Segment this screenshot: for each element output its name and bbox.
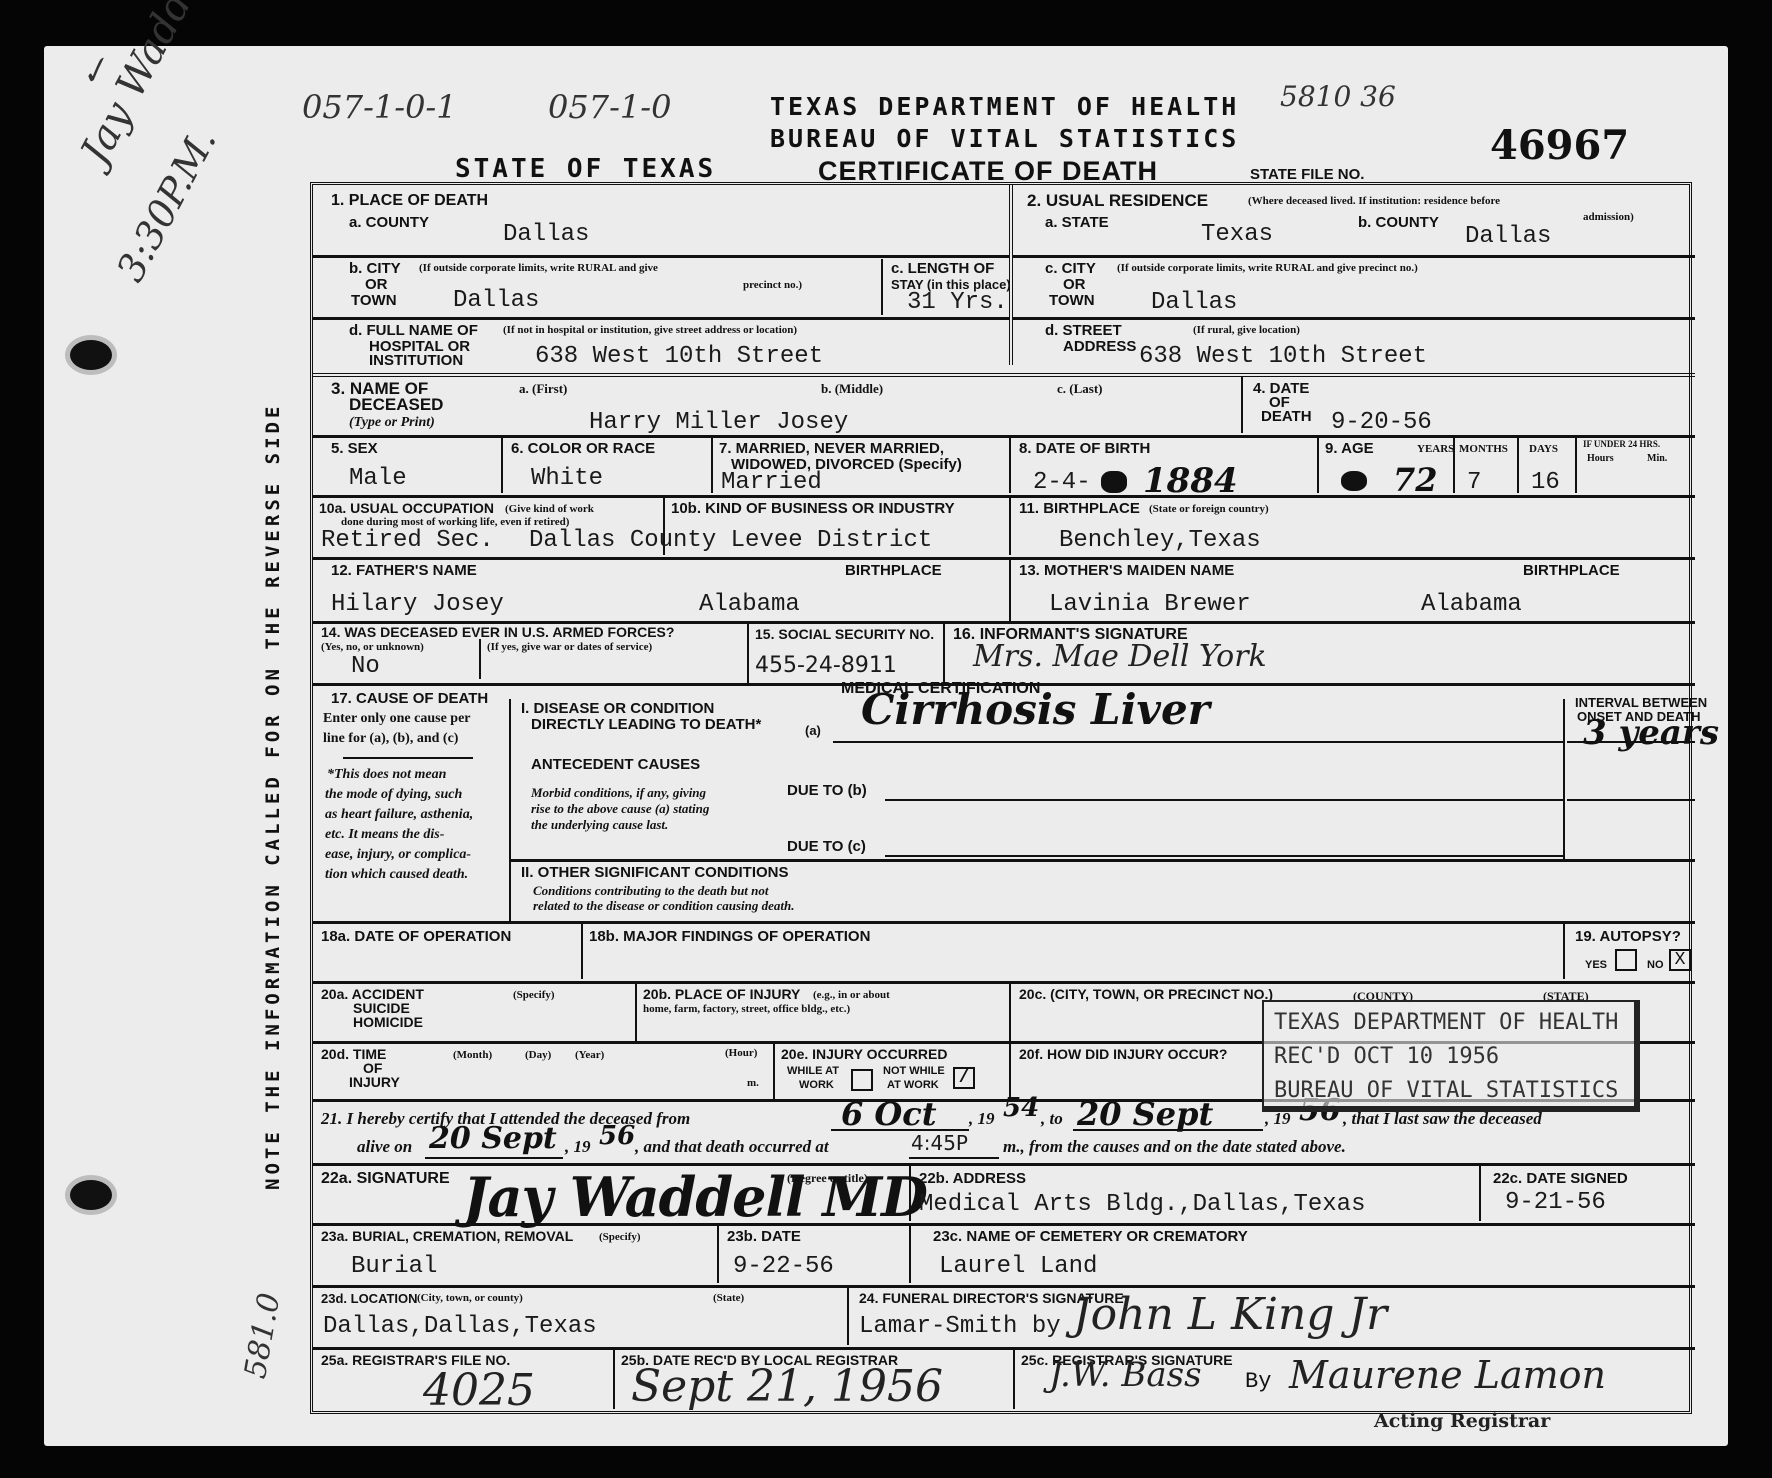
- divider: [501, 437, 503, 493]
- death-city-note: (If outside corporate limits, write RURA…: [419, 262, 658, 274]
- business-value: Dallas County Levee District: [529, 527, 932, 554]
- cause-of-death-label: 17. CAUSE OF DEATH: [331, 691, 488, 706]
- stamp-line-3: BUREAU OF VITAL STATISTICS: [1274, 1074, 1624, 1108]
- injury-occurred-label: 20e. INJURY OCCURRED: [781, 1047, 948, 1062]
- residence-county-label: b. COUNTY: [1358, 215, 1439, 230]
- alive-on-text: alive on: [357, 1137, 412, 1156]
- autopsy-no-label: NO: [1647, 959, 1664, 971]
- birth-date-value: 2-4-: [1033, 469, 1091, 496]
- divider: [313, 1347, 1695, 1350]
- street-value: 638 West 10th Street: [1139, 343, 1427, 370]
- divider: [1009, 1043, 1011, 1099]
- age-days-label: DAYS: [1529, 443, 1558, 455]
- hospital-note: (If not in hospital or institution, give…: [503, 324, 797, 336]
- last-name-label: c. (Last): [1057, 381, 1103, 397]
- divider: [1453, 437, 1455, 493]
- usual-residence-label: 2. USUAL RESIDENCE: [1027, 193, 1208, 208]
- department-name: TEXAS DEPARTMENT OF HEALTH: [770, 92, 1239, 121]
- while-work-label: WORK: [799, 1079, 834, 1091]
- cause-explain-4: etc. It means the dis-: [325, 825, 444, 844]
- divider: [313, 981, 1695, 984]
- divider: [1009, 983, 1011, 1041]
- divider: [717, 1225, 719, 1283]
- attended-from-year: 54: [1003, 1093, 1039, 1123]
- not-while-at-work-checkbox[interactable]: /: [953, 1067, 975, 1089]
- cemetery-value: Laurel Land: [939, 1253, 1097, 1280]
- cause-b-line: [885, 799, 1563, 801]
- antecedent-label: ANTECEDENT CAUSES: [531, 757, 700, 772]
- mother-birthplace-label: BIRTHPLACE: [1523, 563, 1620, 578]
- state-file-label: STATE FILE NO.: [1250, 166, 1364, 183]
- autopsy-label: 19. AUTOPSY?: [1575, 929, 1681, 944]
- divider: [313, 255, 1009, 258]
- divider: [711, 437, 713, 493]
- residence-state-value: Texas: [1201, 221, 1273, 248]
- death-city-value: Dallas: [453, 287, 539, 314]
- registrar-signature: J.W. Bass: [1049, 1355, 1202, 1395]
- divider: [909, 1165, 911, 1221]
- certify-text-4: m., from the causes and on the date stat…: [1003, 1137, 1346, 1156]
- divider: [613, 1349, 615, 1409]
- date-of-death-value: 9-20-56: [1331, 409, 1432, 436]
- punch-hole: [70, 1180, 112, 1210]
- cause-a-line: [833, 741, 1563, 743]
- interval-value: 3 years: [1583, 713, 1719, 753]
- birth-date-label: 8. DATE OF BIRTH: [1019, 441, 1150, 456]
- operation-findings-label: 18b. MAJOR FINDINGS OF OPERATION: [589, 929, 870, 944]
- interval-b-line: [1567, 799, 1695, 801]
- cause-note-2: line for (a), (b), and (c): [323, 731, 458, 746]
- birthplace-note: (State or foreign country): [1149, 503, 1269, 515]
- residence-city-note: (If outside corporate limits, write RURA…: [1117, 262, 1418, 274]
- due-to-c-label: DUE TO (c): [787, 839, 866, 854]
- age-days-value: 16: [1531, 469, 1560, 496]
- deceased-name-label: 3. NAME OF: [331, 381, 428, 396]
- ssn-value: 455-24-8911: [755, 653, 897, 678]
- address-label: 22b. ADDRESS: [919, 1171, 1026, 1186]
- race-value: White: [531, 465, 603, 492]
- divider: [909, 1225, 911, 1283]
- age-months-label: MONTHS: [1459, 443, 1508, 455]
- received-stamp: TEXAS DEPARTMENT OF HEALTH REC'D OCT 10 …: [1262, 1000, 1640, 1112]
- death-city-note2: precinct no.): [743, 279, 802, 291]
- occupation-value: Retired Sec.: [321, 527, 494, 554]
- sex-label: 5. SEX: [331, 441, 378, 456]
- street-label2: ADDRESS: [1063, 339, 1136, 354]
- divider: [313, 921, 1695, 924]
- divider: [313, 495, 1695, 498]
- residence-city-value: Dallas: [1151, 289, 1237, 316]
- disease-label2: DIRECTLY LEADING TO DEATH*: [531, 717, 761, 732]
- location-state-label: (State): [713, 1292, 744, 1304]
- redaction-mark: [1341, 471, 1367, 491]
- disposition-value: Burial: [351, 1253, 437, 1280]
- informant-signature: Mrs. Mae Dell York: [973, 639, 1267, 674]
- residence-city-label: c. CITY: [1045, 261, 1096, 276]
- divider: [479, 639, 481, 679]
- stamp-line-1: TEXAS DEPARTMENT OF HEALTH: [1274, 1006, 1624, 1040]
- cause-a-value: Cirrhosis Liver: [861, 685, 1210, 734]
- header-code-right: 5810 36: [1280, 80, 1396, 113]
- operation-date-label: 18a. DATE OF OPERATION: [321, 929, 511, 944]
- disease-label: I. DISEASE OR CONDITION: [521, 701, 714, 716]
- residence-county-value: Dallas: [1465, 223, 1551, 250]
- bureau-name: BUREAU OF VITAL STATISTICS: [770, 124, 1239, 153]
- hospital-label: d. FULL NAME OF: [349, 323, 478, 338]
- date-signed-label: 22c. DATE SIGNED: [1493, 1171, 1628, 1186]
- alive-on-year: 56: [599, 1121, 635, 1151]
- header-code-1: 057-1-0-1: [302, 88, 457, 126]
- redaction-mark: [1101, 471, 1127, 493]
- mother-name-value: Lavinia Brewer: [1049, 591, 1251, 618]
- divider: [343, 757, 473, 759]
- burial-date-value: 9-22-56: [733, 1253, 834, 1280]
- interval-a-line: [1567, 741, 1695, 743]
- divider: [1517, 437, 1519, 493]
- stay-value: 31 Yrs.: [907, 289, 1008, 316]
- divider: [847, 1287, 849, 1345]
- attended-to-date: 20 Sept: [1077, 1095, 1213, 1133]
- funeral-home-value: Lamar-Smith by: [859, 1313, 1061, 1340]
- homicide-label: HOMICIDE: [353, 1015, 423, 1030]
- deceased-name-value: Harry Miller Josey: [589, 409, 848, 436]
- burial-date-label: 23b. DATE: [727, 1229, 801, 1244]
- armed-forces-note2: (If yes, give war or dates of service): [487, 641, 652, 653]
- divider: [1241, 377, 1243, 433]
- cause-explain-1: *This does not mean: [327, 765, 446, 784]
- divider: [1009, 559, 1011, 621]
- hospital-label3: INSTITUTION: [369, 353, 463, 368]
- age-years-value: 72: [1393, 461, 1438, 499]
- certify-text-3: , and that death occurred at: [635, 1137, 829, 1156]
- divider: [1009, 437, 1011, 493]
- disposition-label: 23a. BURIAL, CREMATION, REMOVAL: [321, 1229, 573, 1244]
- not-while-label: NOT WHILE: [883, 1065, 945, 1077]
- stamp-line-2: REC'D OCT 10 1956: [1274, 1040, 1624, 1074]
- location-label: 23d. LOCATION: [321, 1291, 418, 1306]
- header-code-2: 057-1-0: [548, 88, 671, 126]
- death-county-label: a. COUNTY: [349, 215, 429, 230]
- business-label: 10b. KIND OF BUSINESS OR INDUSTRY: [671, 501, 955, 516]
- cause-explain-6: tion which caused death.: [325, 865, 468, 884]
- date-signed-value: 9-21-56: [1505, 1189, 1606, 1216]
- antecedent-note-1: Morbid conditions, if any, giving: [531, 785, 706, 801]
- race-label: 6. COLOR OR RACE: [511, 441, 655, 456]
- mother-name-label: 13. MOTHER'S MAIDEN NAME: [1019, 563, 1234, 578]
- cemetery-label: 23c. NAME OF CEMETERY OR CREMATORY: [933, 1229, 1248, 1244]
- divider: [313, 317, 1009, 320]
- divider: [1009, 185, 1013, 365]
- date-of-death-label3: DEATH: [1261, 409, 1312, 424]
- mother-birthplace-value: Alabama: [1421, 591, 1522, 618]
- divider: [1479, 1165, 1481, 1221]
- cause-explain-2: the mode of dying, such: [325, 785, 462, 804]
- divider: [509, 699, 511, 921]
- funeral-director-signature: John L King Jr: [1073, 1289, 1387, 1340]
- age-under-label: IF UNDER 24 HRS.: [1583, 439, 1660, 449]
- accident-specify: (Specify): [513, 989, 555, 1001]
- divider: [1009, 497, 1011, 555]
- injury-year-label: (Year): [575, 1049, 604, 1061]
- location-note: (City, town, or county): [417, 1292, 523, 1304]
- birthplace-value: Benchley,Texas: [1059, 527, 1261, 554]
- father-name-label: 12. FATHER'S NAME: [331, 563, 477, 578]
- to-text: , to: [1041, 1109, 1063, 1128]
- registrar-by: By: [1245, 1369, 1271, 1394]
- age-months-value: 7: [1467, 469, 1481, 496]
- punch-hole: [70, 340, 112, 370]
- birthplace-label: 11. BIRTHPLACE: [1019, 501, 1140, 516]
- father-name-value: Hilary Josey: [331, 591, 504, 618]
- registrar-file-value: 4025: [423, 1365, 535, 1416]
- acting-registrar-signature: Maurene Lamon: [1289, 1353, 1606, 1397]
- age-hours-label: Hours: [1587, 453, 1614, 464]
- interval-label: INTERVAL BETWEEN: [1575, 695, 1707, 710]
- cause-explain-5: ease, injury, or complica-: [325, 845, 471, 864]
- stay-label: c. LENGTH OF: [891, 261, 994, 276]
- location-value: Dallas,Dallas,Texas: [323, 1313, 597, 1340]
- death-city-label: b. CITY: [349, 261, 401, 276]
- death-time-line: [909, 1157, 999, 1159]
- divider: [1317, 437, 1319, 493]
- injury-city-label: 20c. (CITY, TOWN, OR PRECINCT NO.): [1019, 987, 1273, 1002]
- local-registrar-date-value: Sept 21, 1956: [631, 1361, 943, 1412]
- antecedent-note-3: the underlying cause last.: [531, 817, 668, 833]
- attended-from-date: 6 Oct: [841, 1095, 937, 1133]
- reverse-side-note: NOTE THE INFORMATION CALLED FOR ON THE R…: [262, 403, 284, 1190]
- time-of-injury-label3: INJURY: [349, 1075, 400, 1090]
- marital-label: 7. MARRIED, NEVER MARRIED,: [719, 441, 944, 456]
- middle-name-label: b. (Middle): [821, 381, 883, 397]
- not-while-at-work-label: AT WORK: [887, 1079, 939, 1091]
- residence-city-or: OR: [1063, 277, 1086, 292]
- divider: [943, 623, 945, 683]
- occupation-note: (Give kind of work: [505, 503, 594, 515]
- disposition-note: (Specify): [599, 1231, 641, 1243]
- divider: [881, 259, 883, 315]
- autopsy-yes-checkbox[interactable]: [1615, 949, 1637, 971]
- divider: [1575, 437, 1577, 493]
- deceased-name-label2: DECEASED: [349, 397, 443, 412]
- sex-value: Male: [349, 465, 407, 492]
- marital-value: Married: [721, 469, 822, 496]
- divider: [313, 557, 1695, 560]
- occupation-label: 10a. USUAL OCCUPATION: [319, 501, 494, 516]
- divider: [1013, 255, 1695, 258]
- certificate-form: 1. PLACE OF DEATH a. COUNTY Dallas b. CI…: [310, 182, 1692, 1414]
- injury-month-label: (Month): [453, 1049, 492, 1061]
- usual-residence-note: (Where deceased lived. If institution: r…: [1248, 195, 1500, 207]
- divider: [313, 1223, 1695, 1226]
- other-conditions-note-1: Conditions contributing to the death but…: [533, 883, 769, 899]
- due-to-b-label: DUE TO (b): [787, 783, 867, 798]
- age-label: 9. AGE: [1325, 441, 1374, 456]
- while-at-work-checkbox[interactable]: [851, 1069, 873, 1091]
- divider: [635, 983, 637, 1041]
- divider: [313, 435, 1695, 438]
- cause-explain-3: as heart failure, asthenia,: [325, 805, 473, 824]
- acting-registrar-label: Acting Registrar: [1374, 1410, 1550, 1432]
- cause-a-label: (a): [805, 723, 821, 738]
- cause-note-1: Enter only one cause per: [323, 711, 471, 726]
- cause-c-line: [885, 855, 1563, 857]
- death-county-value: Dallas: [503, 221, 589, 248]
- divider: [313, 373, 1695, 377]
- father-birthplace-label: BIRTHPLACE: [845, 563, 942, 578]
- physician-signature: Jay Waddell MD: [463, 1165, 927, 1229]
- armed-forces-value: No: [351, 653, 380, 680]
- age-min-label: Min.: [1647, 453, 1667, 464]
- place-of-injury-label: 20b. PLACE OF INJURY: [643, 987, 800, 1002]
- divider: [581, 923, 583, 979]
- autopsy-yes-label: YES: [1585, 959, 1607, 971]
- death-city-or: OR: [365, 277, 388, 292]
- to-date-line: [1073, 1129, 1263, 1131]
- while-at-work-label: WHILE AT: [787, 1065, 839, 1077]
- antecedent-note-2: rise to the above cause (a) stating: [531, 801, 709, 817]
- ssn-label: 15. SOCIAL SECURITY NO.: [755, 627, 934, 642]
- street-note: (If rural, give location): [1193, 324, 1300, 336]
- armed-forces-label: 14. WAS DECEASED EVER IN U.S. ARMED FORC…: [321, 625, 674, 640]
- divider: [313, 1285, 1695, 1288]
- death-time-value: 4:45P: [911, 1131, 968, 1155]
- residence-city-town: TOWN: [1049, 293, 1095, 308]
- divider: [1563, 699, 1565, 859]
- alive-year-prefix: , 19: [565, 1137, 591, 1156]
- hospital-value: 638 West 10th Street: [535, 343, 823, 370]
- death-city-town: TOWN: [351, 293, 397, 308]
- father-birthplace-value: Alabama: [699, 591, 800, 618]
- other-conditions-note-2: related to the disease or condition caus…: [533, 898, 794, 914]
- other-conditions-label: II. OTHER SIGNIFICANT CONDITIONS: [521, 865, 789, 880]
- from-year-prefix: , 19: [969, 1109, 995, 1128]
- first-name-label: a. (First): [519, 381, 567, 397]
- deceased-name-label3: (Type or Print): [349, 413, 435, 432]
- divider: [747, 623, 749, 683]
- address-value: Medical Arts Bldg.,Dallas,Texas: [919, 1191, 1365, 1218]
- usual-residence-note2: admission): [1583, 211, 1634, 223]
- divider: [509, 859, 1695, 862]
- injury-hour-label: (Hour): [725, 1047, 757, 1059]
- alive-on-date: 20 Sept: [429, 1121, 557, 1156]
- divider: [773, 1043, 775, 1099]
- state-name: STATE OF TEXAS: [455, 154, 716, 184]
- street-label: d. STREET: [1045, 323, 1122, 338]
- place-of-death-label: 1. PLACE OF DEATH: [331, 193, 488, 208]
- alive-date-line: [425, 1157, 563, 1159]
- age-years-label: YEARS: [1417, 443, 1454, 455]
- how-injury-occurred-label: 20f. HOW DID INJURY OCCUR?: [1019, 1047, 1227, 1062]
- place-of-injury-note2: home, farm, factory, street, office bldg…: [643, 1003, 850, 1015]
- divider: [1013, 317, 1695, 320]
- injury-day-label: (Day): [525, 1049, 551, 1061]
- state-file-number: 46967: [1490, 122, 1629, 169]
- injury-m-label: m.: [747, 1077, 759, 1089]
- signature-label: 22a. SIGNATURE: [321, 1171, 450, 1186]
- divider: [1563, 923, 1565, 979]
- autopsy-no-checkbox[interactable]: X: [1669, 949, 1691, 971]
- divider: [1013, 1349, 1015, 1409]
- armed-forces-note: (Yes, no, or unknown): [321, 641, 424, 653]
- place-of-injury-note: (e.g., in or about: [813, 989, 890, 1001]
- residence-state-label: a. STATE: [1045, 215, 1109, 230]
